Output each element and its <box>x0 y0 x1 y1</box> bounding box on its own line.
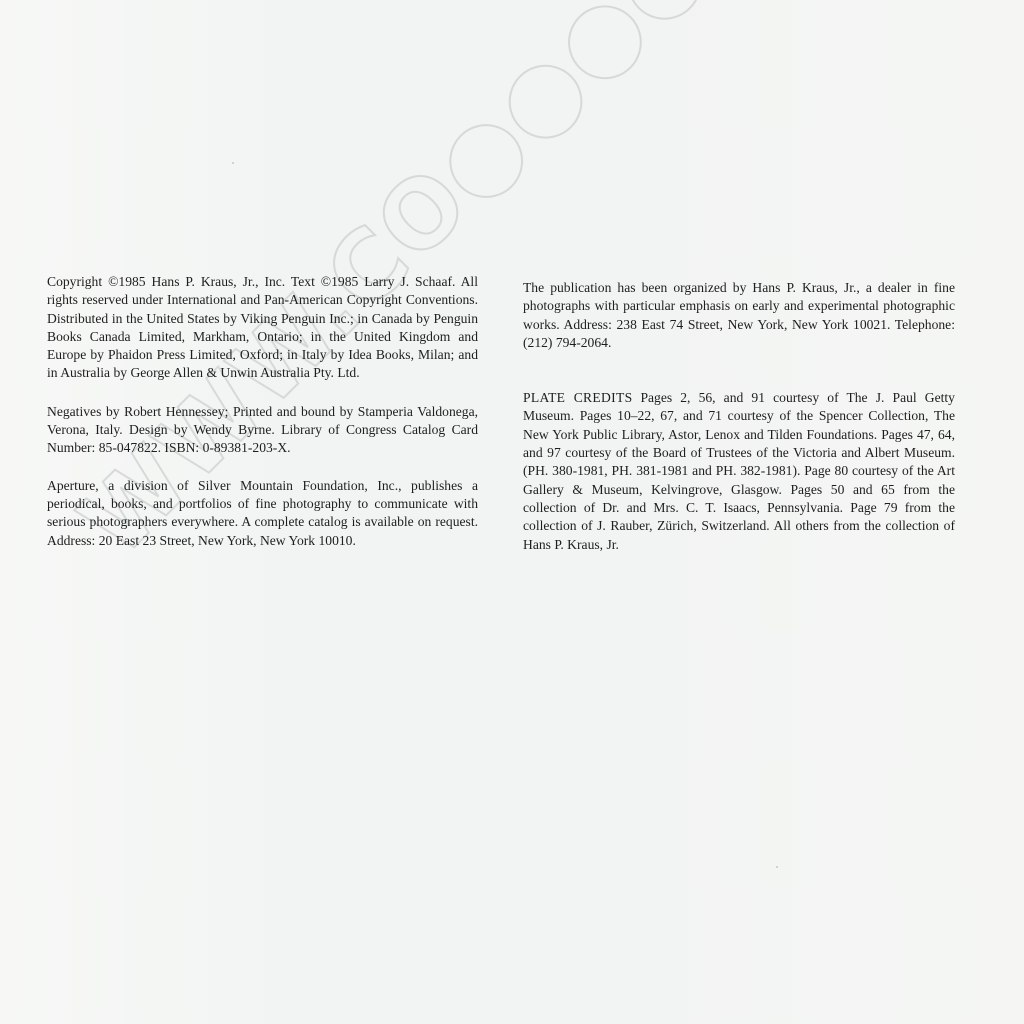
plate-credits-heading: PLATE CREDITS <box>523 390 632 405</box>
paper-speck <box>232 162 234 164</box>
plate-credits-paragraph: PLATE CREDITSPages 2, 56, and 91 courtes… <box>523 389 955 554</box>
plate-credits-text: Pages 2, 56, and 91 courtesy of The J. P… <box>523 390 955 551</box>
copyright-column: Copyright ©1985 Hans P. Kraus, Jr., Inc.… <box>47 273 478 550</box>
copyright-paragraph: Copyright ©1985 Hans P. Kraus, Jr., Inc.… <box>47 273 478 383</box>
credits-column: The publication has been organized by Ha… <box>523 279 955 554</box>
publisher-note: The publication has been organized by Ha… <box>523 279 955 352</box>
paper-speck <box>776 866 778 868</box>
production-credits-paragraph: Negatives by Robert Hennessey; Printed a… <box>47 403 478 458</box>
aperture-paragraph: Aperture, a division of Silver Mountain … <box>47 477 478 550</box>
